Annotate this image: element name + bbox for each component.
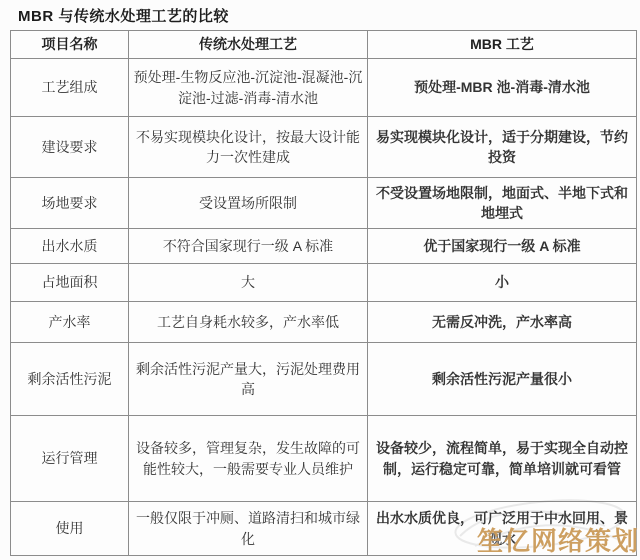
traditional-cell: 不易实现模块化设计，按最大设计能力一次性建成 xyxy=(129,117,368,178)
header-mbr-process: MBR 工艺 xyxy=(368,31,637,59)
table-row: 工艺组成 预处理-生物反应池-沉淀池-混凝池-沉淀池-过滤-消毒-清水池 预处理… xyxy=(11,59,637,117)
mbr-cell: 易实现模块化设计，适于分期建设，节约投资 xyxy=(368,117,637,178)
table-row: 建设要求 不易实现模块化设计，按最大设计能力一次性建成 易实现模块化设计，适于分… xyxy=(11,117,637,178)
row-label: 剩余活性污泥 xyxy=(11,343,129,416)
traditional-cell: 受设置场所限制 xyxy=(129,178,368,229)
traditional-cell: 剩余活性污泥产量大，污泥处理费用高 xyxy=(129,343,368,416)
traditional-cell: 不符合国家现行一级 A 标准 xyxy=(129,229,368,264)
traditional-cell: 大 xyxy=(129,264,368,302)
mbr-cell: 无需反冲洗，产水率高 xyxy=(368,302,637,343)
row-label: 产水率 xyxy=(11,302,129,343)
row-label: 场地要求 xyxy=(11,178,129,229)
comparison-table: 项目名称 传统水处理工艺 MBR 工艺 工艺组成 预处理-生物反应池-沉淀池-混… xyxy=(10,30,637,556)
table-row: 出水水质 不符合国家现行一级 A 标准 优于国家现行一级 A 标准 xyxy=(11,229,637,264)
table-row: 产水率 工艺自身耗水较多，产水率低 无需反冲洗，产水率高 xyxy=(11,302,637,343)
traditional-cell: 工艺自身耗水较多，产水率低 xyxy=(129,302,368,343)
header-project-name: 项目名称 xyxy=(11,31,129,59)
row-label: 运行管理 xyxy=(11,416,129,502)
table-header-row: 项目名称 传统水处理工艺 MBR 工艺 xyxy=(11,31,637,59)
traditional-cell: 设备较多，管理复杂，发生故障的可能性较大，一般需要专业人员维护 xyxy=(129,416,368,502)
table-row: 剩余活性污泥 剩余活性污泥产量大，污泥处理费用高 剩余活性污泥产量很小 xyxy=(11,343,637,416)
mbr-cell: 小 xyxy=(368,264,637,302)
traditional-cell: 一般仅限于冲厕、道路清扫和城市绿化 xyxy=(129,502,368,556)
row-label: 建设要求 xyxy=(11,117,129,178)
row-label: 占地面积 xyxy=(11,264,129,302)
row-label: 出水水质 xyxy=(11,229,129,264)
table-row: 场地要求 受设置场所限制 不受设置场地限制，地面式、半地下式和地埋式 xyxy=(11,178,637,229)
table-row: 占地面积 大 小 xyxy=(11,264,637,302)
row-label: 工艺组成 xyxy=(11,59,129,117)
mbr-cell: 优于国家现行一级 A 标准 xyxy=(368,229,637,264)
table-row: 使用 一般仅限于冲厕、道路清扫和城市绿化 出水水质优良，可广泛用于中水回用、景观… xyxy=(11,502,637,556)
mbr-cell: 设备较少，流程简单，易于实现全自动控制，运行稳定可靠，简单培训就可看管 xyxy=(368,416,637,502)
document-page: MBR 与传统水处理工艺的比较 项目名称 传统水处理工艺 MBR 工艺 工艺组成… xyxy=(0,0,640,560)
row-label: 使用 xyxy=(11,502,129,556)
header-traditional-process: 传统水处理工艺 xyxy=(129,31,368,59)
mbr-cell: 出水水质优良，可广泛用于中水回用、景观水 xyxy=(368,502,637,556)
traditional-cell: 预处理-生物反应池-沉淀池-混凝池-沉淀池-过滤-消毒-清水池 xyxy=(129,59,368,117)
mbr-cell: 不受设置场地限制，地面式、半地下式和地埋式 xyxy=(368,178,637,229)
mbr-cell: 预处理-MBR 池-消毒-清水池 xyxy=(368,59,637,117)
table-row: 运行管理 设备较多，管理复杂，发生故障的可能性较大，一般需要专业人员维护 设备较… xyxy=(11,416,637,502)
page-title: MBR 与传统水处理工艺的比较 xyxy=(18,5,229,26)
mbr-cell: 剩余活性污泥产量很小 xyxy=(368,343,637,416)
